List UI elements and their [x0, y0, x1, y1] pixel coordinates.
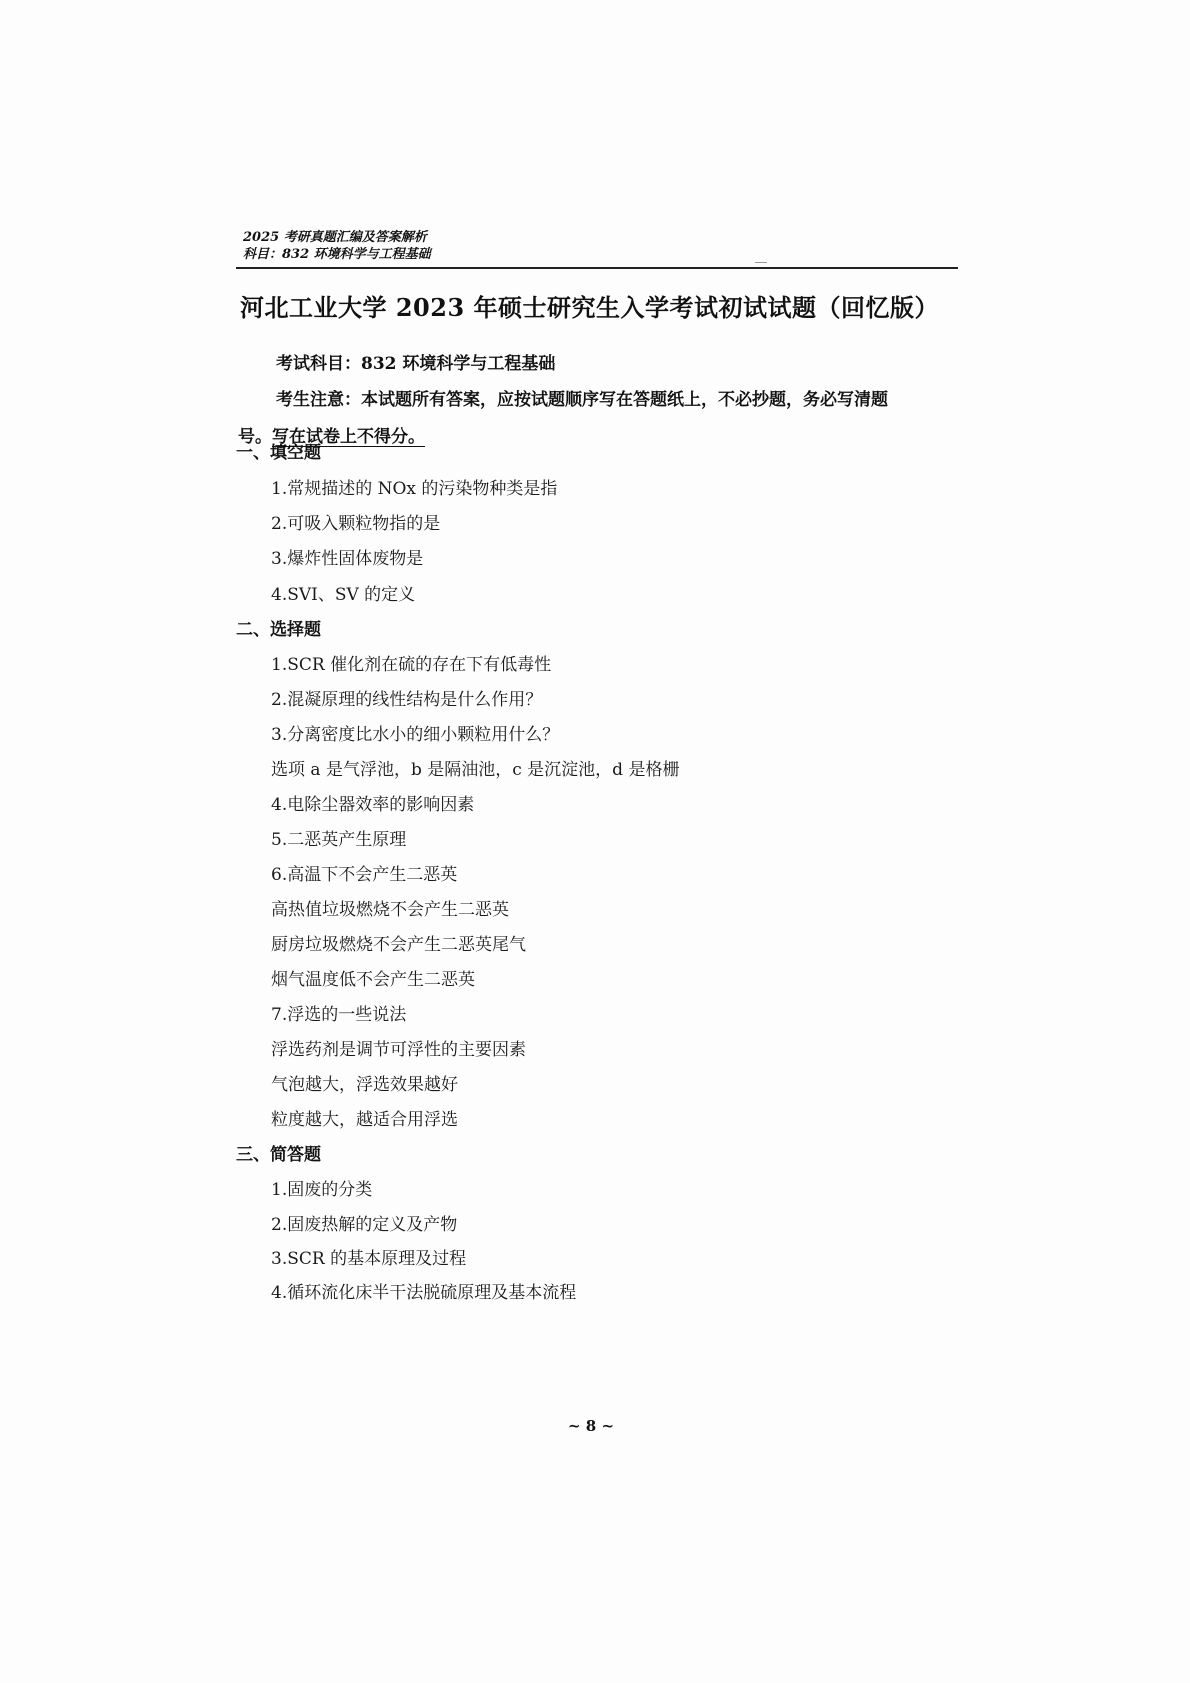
question-item: 2.混凝原理的线性结构是什么作用？	[271, 685, 542, 710]
question-item: 3.SCR 的基本原理及过程	[271, 1244, 466, 1269]
question-item: 2.固废热解的定义及产物	[271, 1210, 457, 1235]
question-option: 气泡越大，浮选效果越好	[271, 1070, 458, 1095]
running-header-series: 2025 考研真题汇编及答案解析	[243, 229, 431, 246]
question-item: 3.爆炸性固体废物是	[271, 544, 423, 569]
section-heading-fill-in: 一、填空题	[236, 438, 321, 463]
question-option: 高热值垃圾燃烧不会产生二恶英	[271, 895, 509, 920]
question-item: 7.浮选的一些说法	[271, 1000, 406, 1025]
question-option: 浮选药剂是调节可浮性的主要因素	[271, 1035, 526, 1060]
question-item: 4.电除尘器效率的影响因素	[271, 790, 474, 815]
question-item: 1.SCR 催化剂在硫的存在下有低毒性	[271, 650, 551, 675]
header-rule	[236, 267, 958, 269]
question-option: 粒度越大，越适合用浮选	[271, 1105, 458, 1130]
section-heading-short-answer: 三、简答题	[236, 1140, 321, 1165]
section-heading-multiple-choice: 二、选择题	[236, 615, 321, 640]
question-item: 5.二恶英产生原理	[271, 825, 406, 850]
page-number: ~ 8 ~	[568, 1417, 614, 1435]
running-header-subject: 科目：832 环境科学与工程基础	[243, 246, 431, 263]
question-item: 4.SVI、SV 的定义	[271, 580, 415, 605]
scan-mark	[755, 262, 767, 263]
question-item: 3.分离密度比水小的细小颗粒用什么？	[271, 720, 559, 745]
question-item: 1.固废的分类	[271, 1175, 372, 1200]
question-item: 6.高温下不会产生二恶英	[271, 860, 457, 885]
question-option: 烟气温度低不会产生二恶英	[271, 965, 475, 990]
scanned-page: 2025 考研真题汇编及答案解析 科目：832 环境科学与工程基础 河北工业大学…	[0, 0, 1190, 1683]
question-item: 1.常规描述的 NOx 的污染物种类是指	[271, 474, 557, 499]
page-title: 河北工业大学 2023 年硕士研究生入学考试初试试题（回忆版）	[240, 288, 960, 323]
question-item: 4.循环流化床半干法脱硫原理及基本流程	[271, 1278, 576, 1303]
question-option: 选项 a 是气浮池，b 是隔油池，c 是沉淀池，d 是格栅	[271, 755, 679, 780]
question-option: 厨房垃圾燃烧不会产生二恶英尾气	[271, 930, 526, 955]
exam-subject: 考试科目：832 环境科学与工程基础	[276, 349, 555, 374]
exam-notice: 考生注意：本试题所有答案，应按试题顺序写在答题纸上，不必抄题，务必写清题	[276, 385, 888, 410]
question-item: 2.可吸入颗粒物指的是	[271, 509, 440, 534]
running-header: 2025 考研真题汇编及答案解析 科目：832 环境科学与工程基础	[243, 229, 431, 263]
